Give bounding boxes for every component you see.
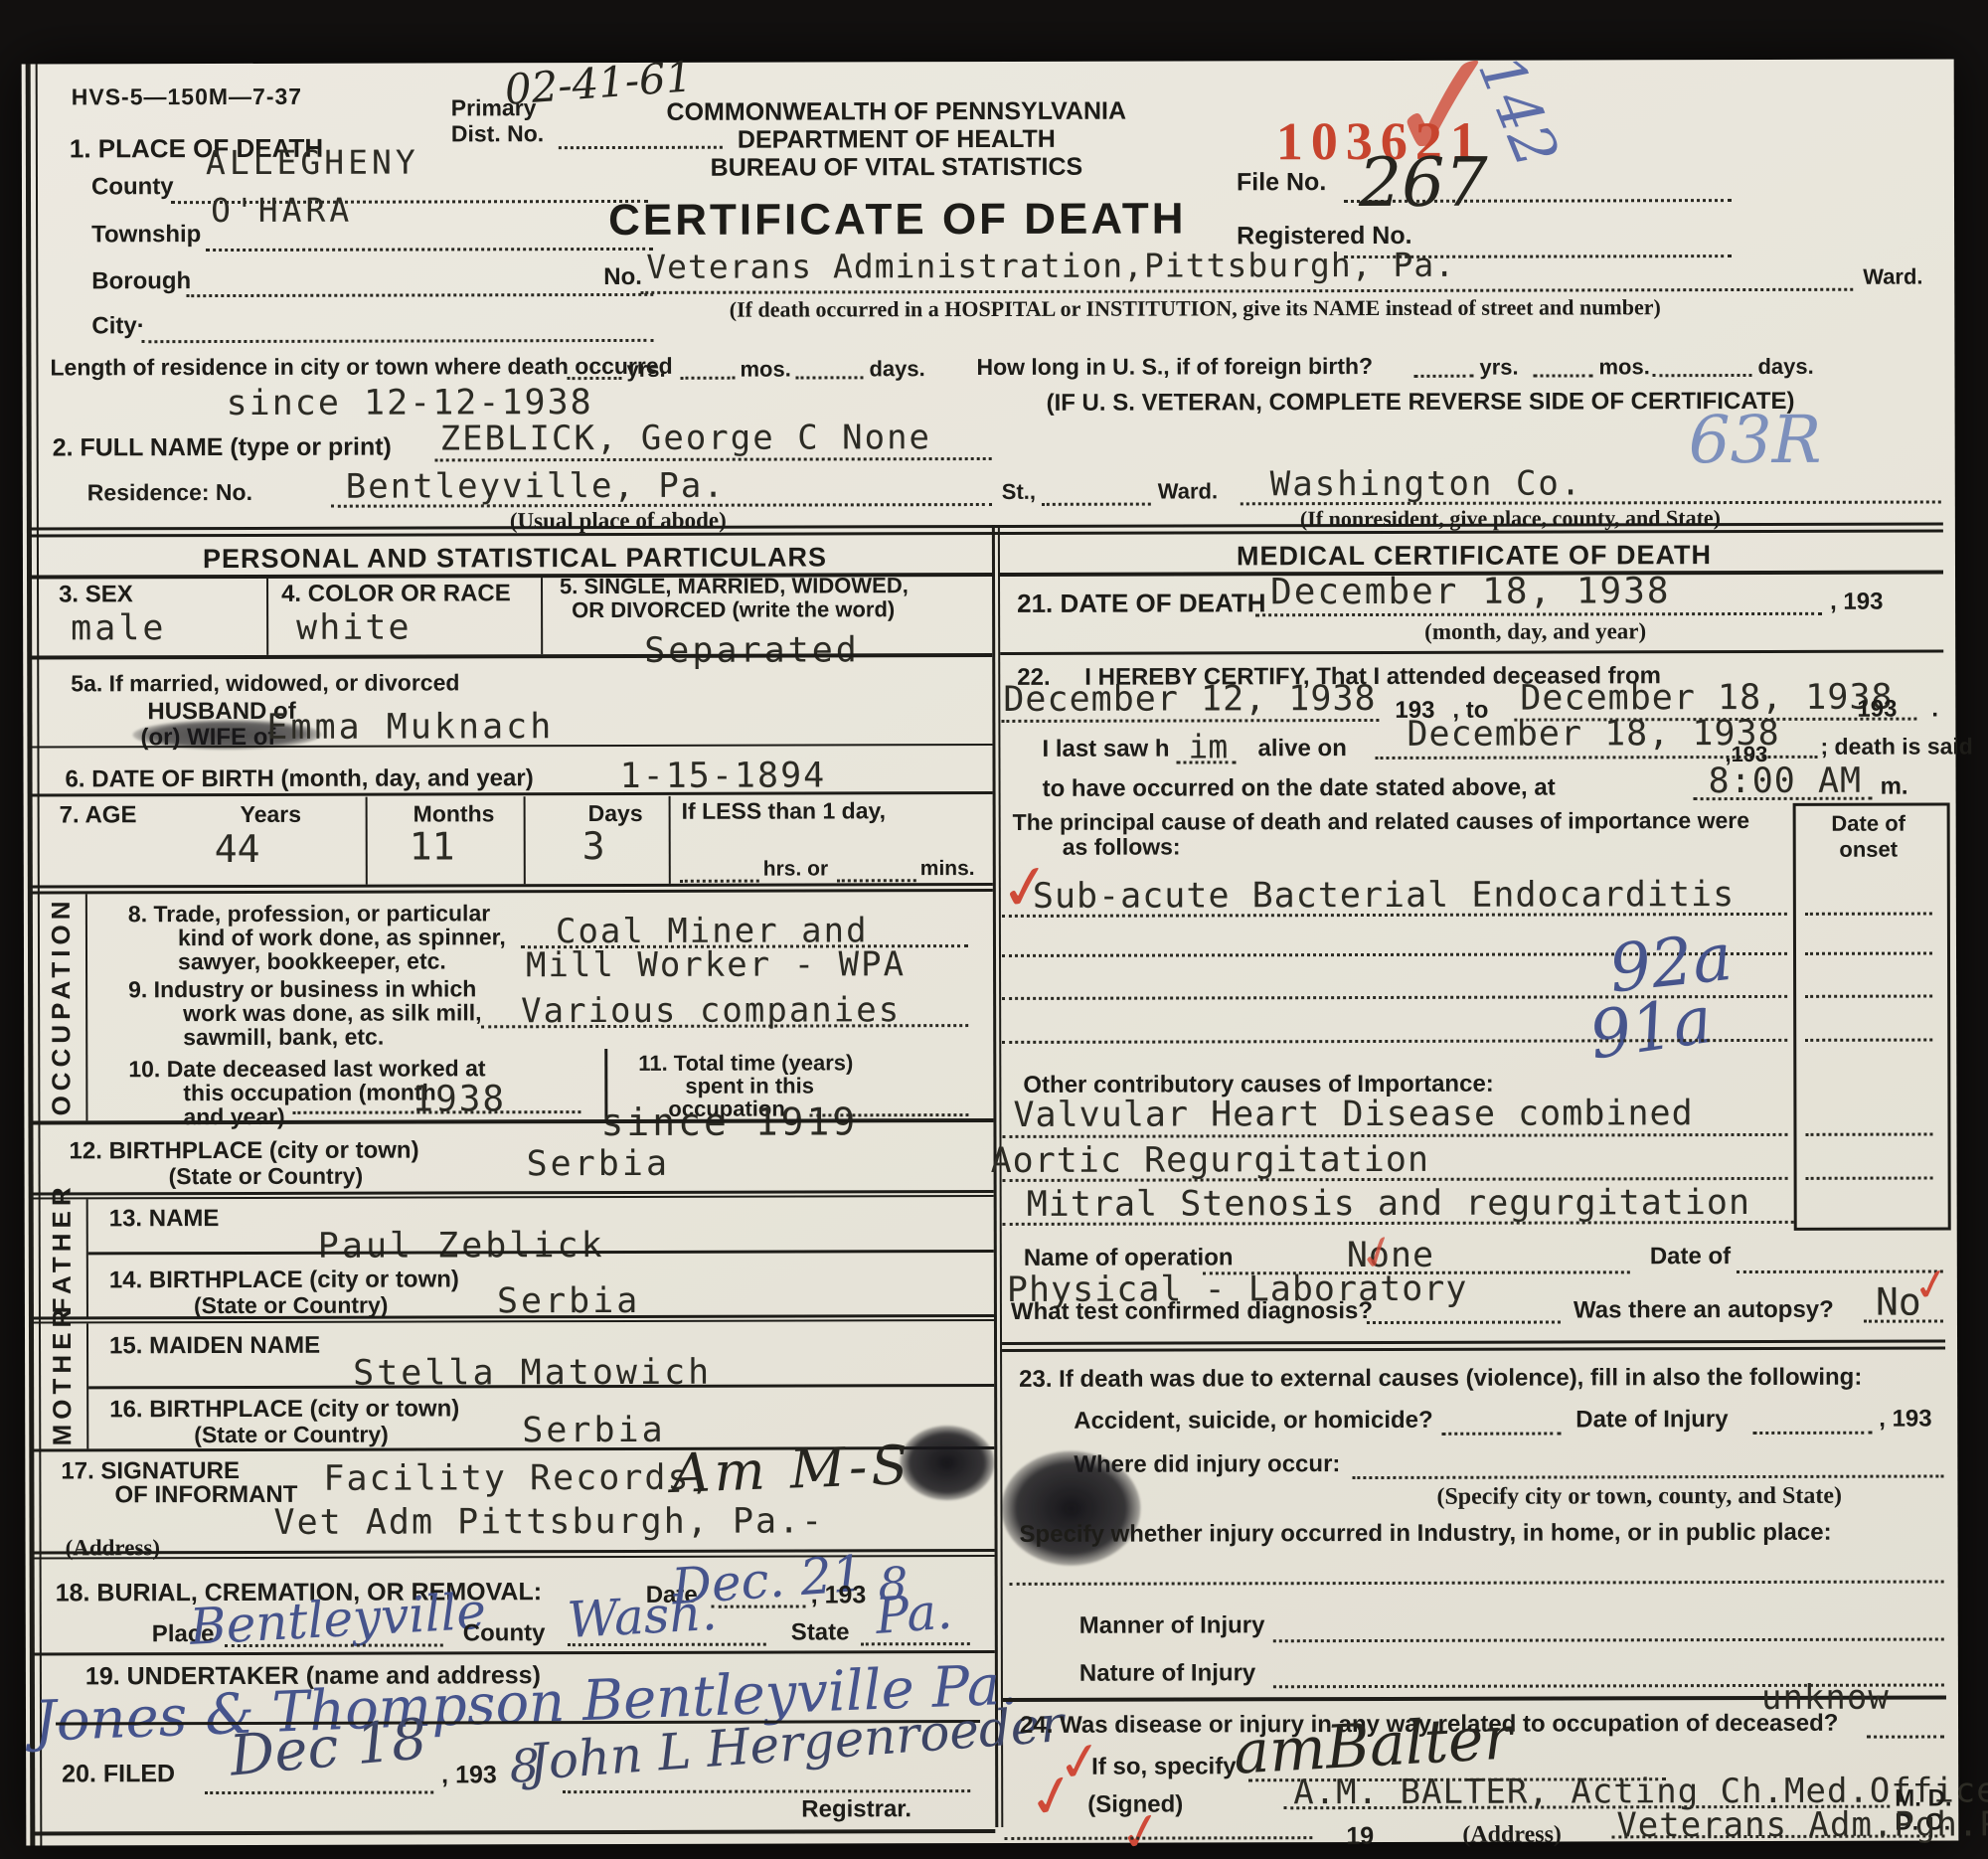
dotted-line xyxy=(1010,1580,1944,1585)
institution-no-label: No. xyxy=(603,263,642,291)
filed-year-printed: , 193 xyxy=(441,1761,497,1789)
spouse-label: 5a. If married, widowed, or divorced xyxy=(71,669,459,697)
dotted-line xyxy=(1003,1177,1788,1182)
dotted-line xyxy=(1805,952,1932,955)
age-years-value: 44 xyxy=(215,827,260,871)
operation-date-label: Date of xyxy=(1650,1243,1731,1270)
rule xyxy=(31,1319,994,1324)
dotted-line xyxy=(1367,1320,1561,1324)
dotted-line xyxy=(1805,995,1932,998)
rule xyxy=(30,889,993,895)
abode-note: (Usual place of abode) xyxy=(510,508,727,535)
last-worked-label-2: this occupation (month xyxy=(183,1079,435,1106)
dotted-line xyxy=(1002,913,1787,918)
dotted-line xyxy=(1255,612,1822,616)
accident-label: Accident, suicide, or homicide? xyxy=(1074,1407,1432,1436)
rule xyxy=(1002,1339,1945,1344)
nonresident-note: (If nonresident, give place, county, and… xyxy=(1300,505,1721,532)
cause-label-2: as follows: xyxy=(1063,833,1181,860)
operation-label: Name of operation xyxy=(1024,1244,1234,1272)
last-saw-value: December 18, 1938 xyxy=(1407,714,1779,755)
dotted-line xyxy=(1002,1133,1787,1138)
dod-note: (month, day, and year) xyxy=(1424,618,1646,645)
age-months-value: 11 xyxy=(410,824,455,868)
informant-label-2: OF INFORMANT xyxy=(114,1481,297,1509)
dotted-line xyxy=(563,1789,970,1793)
dotted-line xyxy=(1533,374,1592,377)
form-code: HVS-5—150M—7-37 xyxy=(72,84,302,111)
township-label: Township xyxy=(91,221,201,249)
file-no-label: File No. xyxy=(1237,168,1326,197)
father-name-label: 13. NAME xyxy=(109,1205,220,1233)
ward-label: Ward. xyxy=(1863,264,1922,290)
dotted-line xyxy=(206,248,653,252)
us-length-label: How long in U. S., if of foreign birth? xyxy=(976,353,1373,381)
rule xyxy=(31,1195,994,1200)
dod-year-printed: , 193 xyxy=(1830,589,1883,616)
personal-section-title: PERSONAL AND STATISTICAL PARTICULARS xyxy=(83,542,947,575)
contributory-2: Aortic Regurgitation xyxy=(990,1140,1429,1181)
father-bp-label-1: 14. BIRTHPLACE (city or town) xyxy=(109,1266,459,1294)
ward-value: Washington Co. xyxy=(1270,463,1583,504)
dotted-line xyxy=(1805,913,1932,916)
burial-year-printed: , 193 xyxy=(811,1581,867,1609)
department-line: DEPARTMENT OF HEALTH xyxy=(638,125,1155,155)
age-less-label: If LESS than 1 day, xyxy=(682,797,886,825)
attended-to-value: December 18, 1938 xyxy=(1520,678,1893,719)
period-label: . xyxy=(1931,696,1938,724)
autopsy-label: Was there an autopsy? xyxy=(1574,1296,1834,1325)
signed-address-label: (Address) xyxy=(1462,1821,1562,1848)
onset-label-2: onset xyxy=(1793,836,1944,862)
dotted-line xyxy=(1752,1432,1872,1435)
informant-signature: Am M-S xyxy=(670,1434,912,1505)
signed-address-value: Veterans Adm.Pgh.Pa. xyxy=(1616,1804,1988,1845)
informant-value-2: Vet Adm Pittsburgh, Pa.- xyxy=(273,1501,824,1542)
date-of-death-value: December 18, 1938 xyxy=(1270,571,1671,612)
signed-19: 19 xyxy=(1346,1822,1374,1851)
ward-code: 63R xyxy=(1689,402,1822,478)
registered-no-value: 267 xyxy=(1359,144,1488,223)
dotted-line xyxy=(568,1643,766,1647)
red-check-icon: ✓ xyxy=(1909,1262,1953,1311)
dotted-line xyxy=(795,376,863,379)
manner-label: Manner of Injury xyxy=(1079,1611,1265,1639)
dotted-line xyxy=(1805,1039,1932,1042)
dotted-line xyxy=(1413,375,1473,378)
onset-label-1: Date of xyxy=(1793,810,1944,836)
last-worked-label-3: and year) xyxy=(183,1103,284,1130)
ward-label-2: Ward. xyxy=(1158,478,1218,504)
filed-label: 20. FILED xyxy=(62,1760,175,1788)
sex-label: 3. SEX xyxy=(59,581,133,608)
marital-label-2: OR DIVORCED (write the word) xyxy=(572,596,895,623)
mother-bp-label-2: (State or Country) xyxy=(194,1422,389,1449)
marital-label-1: 5. SINGLE, MARRIED, WIDOWED, xyxy=(560,573,909,599)
last-saw-him: im xyxy=(1188,727,1228,765)
city-label: City· xyxy=(91,312,144,340)
age-mins-label: mins. xyxy=(920,857,975,881)
trade-value-2: Mill Worker - WPA xyxy=(526,944,906,985)
commonwealth-line: COMMONWEALTH OF PENNSYLVANIA xyxy=(638,97,1155,127)
cell-divider xyxy=(266,579,268,655)
dotted-line xyxy=(225,1643,443,1647)
injury-year-printed: , 193 xyxy=(1879,1406,1931,1434)
onset-box xyxy=(1793,802,1951,1230)
contributory-1: Valvular Heart Disease combined xyxy=(1013,1094,1693,1135)
dotted-line xyxy=(1042,503,1151,506)
full-name-label: 2. FULL NAME (type or print) xyxy=(53,433,392,463)
burial-state-label: State xyxy=(791,1618,850,1646)
mos-label-2: mos. xyxy=(1598,354,1649,380)
county-value: ALLEGHENY xyxy=(206,143,419,183)
primary-label: Primary xyxy=(451,94,537,121)
age-years-label: Years xyxy=(241,801,301,828)
dotted-line xyxy=(141,339,653,343)
printed-193-b: 193 xyxy=(1857,696,1897,724)
certificate-paper: HVS-5—150M—7-37 1. PLACE OF DEATH ALLEGH… xyxy=(22,59,1959,1845)
last-saw-label-1: I last saw h xyxy=(1042,736,1169,763)
dotted-line xyxy=(1352,1474,1943,1479)
full-name-value: ZEBLICK, George C None xyxy=(440,418,931,458)
spouse-value: Emma Muknach xyxy=(266,707,554,748)
death-said-label: ; death is said xyxy=(1820,733,1972,760)
age-hrs-label: hrs. or xyxy=(763,857,828,881)
injury-date-label: Date of Injury xyxy=(1575,1406,1728,1434)
residence-label: Residence: No. xyxy=(87,479,252,506)
dotted-line xyxy=(1004,1836,1312,1840)
rule xyxy=(30,883,993,889)
birthplace-label-2: (State or Country) xyxy=(169,1163,364,1191)
occurred-label: to have occurred on the date stated abov… xyxy=(1043,774,1556,803)
rule xyxy=(1000,649,1943,654)
mother-bp-label-1: 16. BIRTHPLACE (city or town) xyxy=(109,1395,459,1424)
if-so-label: If so, specify xyxy=(1091,1753,1236,1780)
dotted-line xyxy=(186,293,653,297)
county-label: County xyxy=(91,173,174,201)
burial-state-value: Pa. xyxy=(874,1582,954,1644)
burial-county-label: County xyxy=(463,1619,546,1647)
veteran-note: (IF U. S. VETERAN, COMPLETE REVERSE SIDE… xyxy=(1047,388,1795,418)
dotted-line xyxy=(1694,797,1873,800)
cause-code-2: 91a xyxy=(1584,981,1717,1075)
borough-label: Borough xyxy=(91,267,191,295)
dotted-line xyxy=(1867,1735,1944,1738)
occupation-side-label: OCCUPATION xyxy=(46,917,78,1115)
cell-divider xyxy=(366,797,368,885)
test-label: What test confirmed diagnosis? xyxy=(1011,1297,1373,1326)
where-note: (Specify city or town, county, and State… xyxy=(1436,1483,1842,1511)
certificate-title: CERTIFICATE OF DEATH xyxy=(608,194,1185,246)
dotted-line xyxy=(1441,1432,1561,1435)
dotted-line xyxy=(1806,1177,1933,1180)
dotted-line xyxy=(1652,374,1751,377)
birthplace-label-1: 12. BIRTHPLACE (city or town) xyxy=(69,1137,418,1166)
township-value: O'HARA xyxy=(211,191,353,230)
informant-value-1: Facility Records, xyxy=(323,1458,713,1499)
mother-name-label: 15. MAIDEN NAME xyxy=(109,1332,320,1361)
rule xyxy=(32,1829,995,1836)
side-divider xyxy=(86,1199,88,1318)
st-label: St., xyxy=(1002,479,1036,505)
cell-divider xyxy=(541,578,543,654)
last-saw-label-2: alive on xyxy=(1257,735,1346,762)
dotted-line xyxy=(567,377,621,380)
left-border-line-inner xyxy=(36,65,43,1846)
dotted-line xyxy=(640,288,1853,294)
residence-length-value: since 12-12-1938 xyxy=(226,383,592,423)
nature-label: Nature of Injury xyxy=(1079,1659,1255,1687)
dotted-line xyxy=(205,1790,433,1794)
ink-smudge xyxy=(900,1426,994,1500)
cell-divider xyxy=(524,796,526,884)
dotted-line xyxy=(1273,1637,1944,1642)
age-days-label: Days xyxy=(588,800,643,827)
dob-label: 6. DATE OF BIRTH (month, day, and year) xyxy=(66,764,534,793)
dotted-line xyxy=(680,377,735,380)
dotted-line xyxy=(712,1605,806,1607)
dob-value: 1-15-1894 xyxy=(619,756,826,796)
dotted-line xyxy=(861,1642,970,1645)
cause-label-1: The principal cause of death and related… xyxy=(1013,807,1749,836)
days-label: days. xyxy=(869,356,924,382)
scanned-death-certificate: HVS-5—150M—7-37 1. PLACE OF DEATH ALLEGH… xyxy=(0,0,1988,1859)
rule xyxy=(32,1650,995,1656)
dotted-line xyxy=(837,879,916,882)
mother-side-label: MOTHER xyxy=(47,1336,78,1445)
last-worked-value: 1938 xyxy=(412,1079,506,1119)
age-label: 7. AGE xyxy=(60,801,137,829)
father-name-value: Paul Zeblick xyxy=(318,1226,605,1267)
dotted-line xyxy=(1864,1319,1943,1322)
contributory-3: Mitral Stenosis and regurgitation xyxy=(1027,1183,1750,1225)
burial-county-value: Wash. xyxy=(566,1584,719,1649)
days-label-2: days. xyxy=(1757,354,1813,380)
marital-value: Separated xyxy=(644,630,860,671)
dotted-line xyxy=(680,880,759,883)
cause-value: Sub-acute Bacterial Endocarditis xyxy=(1033,875,1735,917)
dotted-line xyxy=(1001,719,1379,723)
occurred-m-label: m. xyxy=(1881,773,1908,801)
specify-label: Specify whether injury occurred in Indus… xyxy=(1019,1519,1831,1549)
institution-value: Veterans Administration,Pittsburgh, Pa. xyxy=(646,246,1455,286)
left-border-line xyxy=(26,65,36,1846)
institution-note: (If death occurred in a HOSPITAL or INST… xyxy=(673,294,1717,323)
bureau-line: BUREAU OF VITAL STATISTICS xyxy=(638,153,1155,183)
trade-label-3: sawyer, bookkeeper, etc. xyxy=(178,947,446,975)
dotted-line xyxy=(1805,1133,1932,1136)
occurred-time-value: 8:00 AM xyxy=(1709,761,1863,801)
dotted-line xyxy=(435,457,992,461)
red-check-icon: ✓ xyxy=(1115,1803,1167,1859)
yrs-label-2: yrs. xyxy=(1479,355,1518,381)
cell-divider xyxy=(669,796,671,884)
mos-label: mos. xyxy=(740,357,790,383)
side-divider xyxy=(85,894,88,1120)
section-divider xyxy=(29,529,1943,537)
date-of-death-label: 21. DATE OF DEATH xyxy=(1017,588,1265,619)
external-label: 23. If death was due to external causes … xyxy=(1019,1364,1862,1394)
birthplace-value: Serbia xyxy=(527,1144,671,1184)
age-days-value: 3 xyxy=(582,824,605,868)
race-label: 4. COLOR OR RACE xyxy=(281,580,511,608)
residence-value: Bentleyville, Pa. xyxy=(346,466,726,507)
yrs-label: yrs. xyxy=(626,357,665,383)
medical-section-title: MEDICAL CERTIFICATE OF DEATH xyxy=(1047,540,1902,573)
sex-value: male xyxy=(71,608,166,648)
registrar-label: Registrar. xyxy=(801,1795,911,1823)
attended-from-value: December 12, 1938 xyxy=(1003,679,1376,720)
mother-bp-value: Serbia xyxy=(522,1411,666,1450)
industry-label-3: sawmill, bank, etc. xyxy=(183,1024,384,1052)
dist-no-label: Dist. No. xyxy=(451,120,544,147)
father-side-label: FATHER xyxy=(47,1209,78,1313)
rule xyxy=(1002,1346,1945,1351)
race-value: white xyxy=(296,608,411,648)
